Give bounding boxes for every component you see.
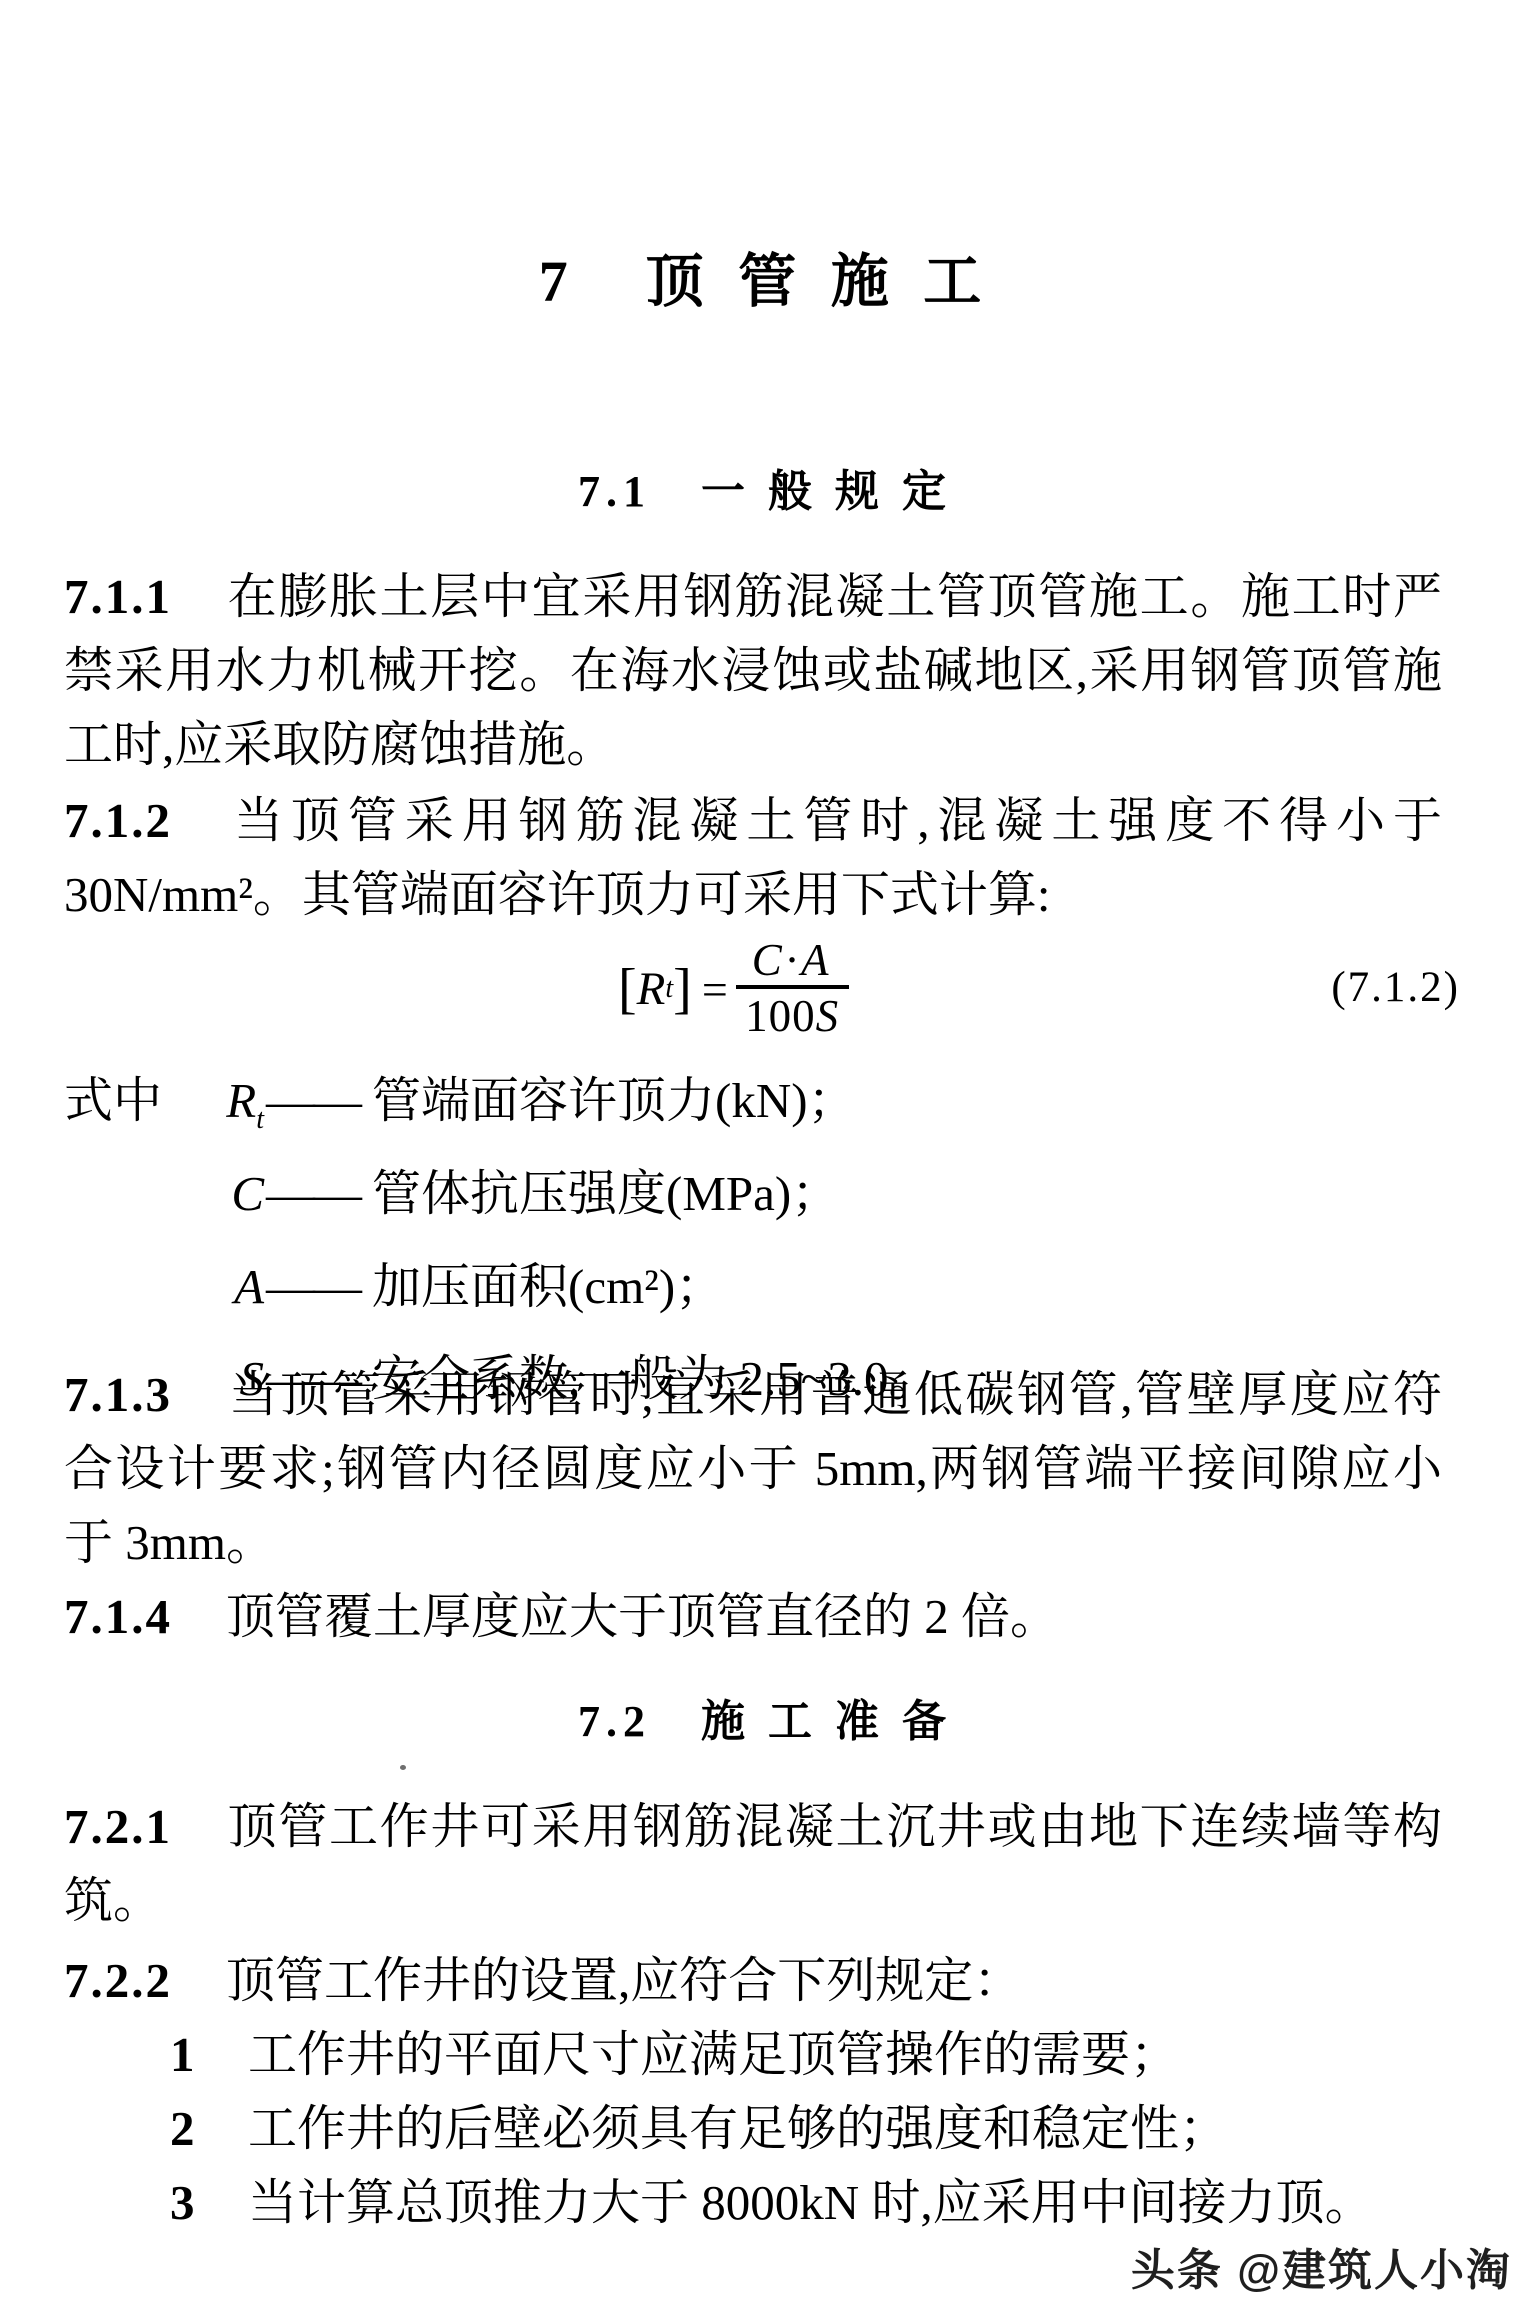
clause-line: 于 3mm。 <box>64 1506 1442 1580</box>
symbol-row-A: A —— 加压面积(cm²)； <box>64 1250 1464 1343</box>
list-item-3: 3当计算总顶推力大于 8000kN 时,应采用中间接力顶。 <box>64 2166 1442 2240</box>
scan-speck <box>400 1765 406 1770</box>
clause-text: 在膨胀土层中宜采用钢筋混凝土管顶管施工。施工时严 <box>226 569 1442 624</box>
item-text: 工作井的平面尺寸应满足顶管操作的需要； <box>248 2027 1179 2082</box>
chapter-title: 7 顶 管 施 工 <box>0 238 1530 326</box>
item-text: 工作井的后壁必须具有足够的强度和稳定性； <box>248 2101 1228 2156</box>
clause-line: 工时,应采取防腐蚀措施。 <box>64 708 1442 782</box>
symbol-row-C: C —— 管体抗压强度(MPa)； <box>64 1157 1464 1250</box>
clause-number: 7.1.3 <box>64 1367 172 1422</box>
item-text: 当计算总顶推力大于 8000kN 时,应采用中间接力顶。 <box>248 2175 1374 2230</box>
clause-number: 7.2.2 <box>64 1953 172 2008</box>
left-bracket: [ <box>618 939 637 1039</box>
denominator-coefficient: 100 <box>745 991 816 1041</box>
watermark: 头条 @建筑人小淘 <box>1131 2234 1512 2298</box>
where-prefix: 式中 <box>64 1064 212 1138</box>
clause-7-2-1: 7.2.1顶管工作井可采用钢筋混凝土沉井或由地下连续墙等构 筑。 <box>64 1790 1442 1938</box>
symbol-row-Rt: 式中 Rt —— 管端面容许顶力(kN)； <box>64 1064 1464 1157</box>
fraction: C·A 100S <box>736 935 849 1043</box>
em-dash: —— <box>266 1157 360 1231</box>
symbol-variable: C <box>212 1157 264 1250</box>
clause-number: 7.1.1 <box>64 569 172 624</box>
em-dash: —— <box>266 1250 360 1324</box>
denominator-variable: S <box>816 991 840 1041</box>
clause-text: 顶管工作井可采用钢筋混凝土沉井或由地下连续墙等构 <box>226 1799 1442 1854</box>
symbol-variable: Rt <box>212 1064 264 1157</box>
equation-number: (7.1.2) <box>1331 963 1460 1012</box>
equals-sign: = <box>702 963 728 1016</box>
symbol-definition: 加压面积(cm²)； <box>372 1250 724 1324</box>
symbol-variable: A <box>212 1250 264 1343</box>
clause-line: 7.1.4顶管覆土厚度应大于顶管直径的 2 倍。 <box>64 1580 1442 1654</box>
clause-line: 7.2.1顶管工作井可采用钢筋混凝土沉井或由地下连续墙等构 <box>64 1790 1442 1864</box>
right-bracket: ] <box>673 939 692 1039</box>
clause-text: 顶管工作井的设置,应符合下列规定： <box>226 1953 1022 2008</box>
clause-text: 顶管覆土厚度应大于顶管直径的 2 倍。 <box>226 1589 1059 1644</box>
section-7-1-heading: 7.1 一 般 规 定 <box>0 462 1530 522</box>
clause-7-1-2: 7.1.2当顶管采用钢筋混凝土管时,混凝土强度不得小于 30N/mm²。其管端面… <box>64 784 1442 932</box>
formula-lhs: [Rt]= <box>618 939 736 1039</box>
clause-number: 7.1.4 <box>64 1589 172 1644</box>
scanned-document-page: 7 顶 管 施 工 7.1 一 般 规 定 7.1.1在膨胀土层中宜采用钢筋混凝… <box>0 0 1530 2314</box>
clause-line: 7.1.2当顶管采用钢筋混凝土管时,混凝土强度不得小于 <box>64 784 1442 858</box>
clause-line: 合设计要求;钢管内径圆度应小于 5mm,两钢管端平接间隙应小 <box>64 1432 1442 1506</box>
formula-7-1-2: [Rt]= C·A 100S (7.1.2) <box>0 935 1530 1063</box>
clause-line: 7.2.2顶管工作井的设置,应符合下列规定： <box>64 1944 1442 2018</box>
item-number: 2 <box>170 2092 248 2166</box>
clause-line: 7.1.3当顶管采用钢管时,宜采用普通低碳钢管,管壁厚度应符 <box>64 1358 1442 1432</box>
clause-text: 当顶管采用钢管时,宜采用普通低碳钢管,管壁厚度应符 <box>226 1367 1442 1422</box>
clause-number: 7.2.1 <box>64 1799 172 1854</box>
clause-line: 筑。 <box>64 1864 1442 1938</box>
list-item-2: 2工作井的后壁必须具有足够的强度和稳定性； <box>64 2092 1442 2166</box>
fraction-numerator: C·A <box>736 935 849 985</box>
formula-expression: [Rt]= C·A 100S <box>618 935 849 1043</box>
list-item-1: 1工作井的平面尺寸应满足顶管操作的需要； <box>64 2018 1442 2092</box>
clause-line: 禁采用水力机械开挖。在海水浸蚀或盐碱地区,采用钢管顶管施 <box>64 634 1442 708</box>
clause-7-1-3: 7.1.3当顶管采用钢管时,宜采用普通低碳钢管,管壁厚度应符 合设计要求;钢管内… <box>64 1358 1442 1580</box>
item-number: 3 <box>170 2166 248 2240</box>
clause-text: 当顶管采用钢筋混凝土管时,混凝土强度不得小于 <box>226 793 1442 848</box>
em-dash: —— <box>266 1064 360 1138</box>
clause-7-1-4: 7.1.4顶管覆土厚度应大于顶管直径的 2 倍。 <box>64 1580 1442 1654</box>
clause-number: 7.1.2 <box>64 793 172 848</box>
fraction-denominator: 100S <box>745 989 839 1043</box>
symbol-definition: 管端面容许顶力(kN)； <box>372 1064 857 1138</box>
clause-7-2-2: 7.2.2顶管工作井的设置,应符合下列规定： <box>64 1944 1442 2018</box>
item-number: 1 <box>170 2018 248 2092</box>
clause-7-1-1: 7.1.1在膨胀土层中宜采用钢筋混凝土管顶管施工。施工时严 禁采用水力机械开挖。… <box>64 560 1442 782</box>
section-7-2-heading: 7.2 施 工 准 备 <box>0 1692 1530 1752</box>
formula-variable-R: R <box>637 962 666 1016</box>
symbol-definition: 管体抗压强度(MPa)； <box>372 1157 840 1231</box>
clause-line: 7.1.1在膨胀土层中宜采用钢筋混凝土管顶管施工。施工时严 <box>64 560 1442 634</box>
clause-line: 30N/mm²。其管端面容许顶力可采用下式计算: <box>64 858 1442 932</box>
